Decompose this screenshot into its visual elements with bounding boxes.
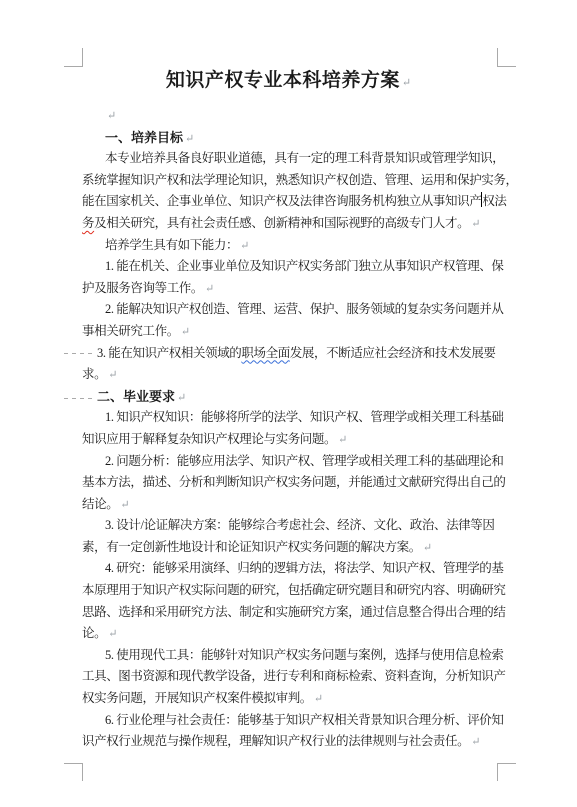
text-segment: 6. 行业伦理与社会责任：能够基于知识产权相关背景知识合理分析、评价知	[105, 713, 504, 727]
paragraph-mark: ↵	[106, 369, 117, 381]
text-line[interactable]: 二、毕业要求↵	[0, 386, 577, 408]
text-line[interactable]: 3. 设计/论证解决方案：能够综合考虑社会、经济、文化、政治、法律等因	[0, 515, 577, 537]
document-title-text: 知识产权专业本科培养方案	[166, 70, 400, 91]
text-segment: 1. 能在机关、企业事业单位及知识产权实务部门独立从事知识产权管理、保	[105, 259, 504, 273]
margin-crop-mark-bottom-right	[497, 763, 516, 781]
text-line[interactable]: 3. 能在知识产权相关领域的职场全面发展，不断适应社会经济和技术发展要	[0, 343, 577, 365]
document-page[interactable]: 知识产权专业本科培养方案↵ ↵一、培养目标↵本专业培养具备良好职业道德，具有一定…	[0, 0, 577, 807]
margin-crop-mark-top-right	[497, 48, 516, 67]
text-segment: 素，有一定创新性地设计和论证知识产权实务问题的解决方案。	[82, 540, 421, 554]
text-line[interactable]: 本专业培养具备良好职业道德，具有一定的理工科背景知识或管理学知识，	[0, 148, 577, 170]
space-formatting-marks	[64, 387, 97, 409]
text-line[interactable]: 结论。↵	[0, 494, 577, 516]
paragraph-mark: ↵	[400, 77, 411, 89]
text-segment: 论。	[82, 626, 106, 640]
text-segment: 1. 知识产权知识：能够将所学的法学、知识产权、管理学或相关理工科基础	[105, 410, 504, 424]
text-segment: 5. 使用现代工具：能够针对知识产权实务问题与案例，选择与使用信息检索	[105, 648, 504, 662]
text-segment: 权实务问题，开展知识产权案件模拟审判。	[82, 691, 312, 705]
paragraph-mark: ↵	[238, 240, 249, 252]
space-formatting-marks	[64, 343, 97, 365]
text-line[interactable]: 系统掌握知识产权和法学理论知识，熟悉知识产权创造、管理、运用和保护实务，	[0, 170, 577, 192]
text-segment: 基本方法，描述、分析和判断知识产权实务问题，并能通过文献研究得出自己的	[82, 475, 506, 489]
text-line[interactable]: 论。↵	[0, 623, 577, 645]
text-segment: 发展，不断适应社会经济和技术发展要	[290, 346, 496, 360]
spelling-error-text: 务	[82, 216, 94, 230]
text-segment: 及相关研究，具有社会责任感、创新精神和国际视野的高级专门人才。	[94, 216, 469, 230]
margin-crop-mark-top-left	[64, 48, 83, 67]
text-segment: 护及服务咨询等工作。	[82, 281, 203, 295]
text-line[interactable]: 护及服务咨询等工作。↵	[0, 278, 577, 300]
text-segment: 事相关研究工作。	[82, 324, 179, 338]
text-line[interactable]: 5. 使用现代工具：能够针对知识产权实务问题与案例，选择与使用信息检索	[0, 645, 577, 667]
text-segment: 3. 能在知识产权相关领域的	[97, 346, 241, 360]
paragraph-mark: ↵	[175, 392, 186, 404]
text-line[interactable]: 一、培养目标↵	[0, 127, 577, 149]
text-segment: 2. 能解决知识产权创造、管理、运营、保护、服务领域的复杂实务问题并从	[105, 302, 504, 316]
text-line[interactable]: 1. 知识产权知识：能够将所学的法学、知识产权、管理学或相关理工科基础	[0, 407, 577, 429]
text-line[interactable]: 本原理用于知识产权实际问题的研究，包括确定研究题目和研究内容、明确研究	[0, 580, 577, 602]
text-line[interactable]: 知识应用于解释复杂知识产权理论与实务问题。↵	[0, 429, 577, 451]
paragraph-mark: ↵	[469, 218, 480, 230]
text-line[interactable]: 1. 能在机关、企业事业单位及知识产权实务部门独立从事知识产权管理、保	[0, 256, 577, 278]
text-segment: 结论。	[82, 497, 118, 511]
text-line[interactable]: 2. 能解决知识产权创造、管理、运营、保护、服务领域的复杂实务问题并从	[0, 299, 577, 321]
paragraph-mark: ↵	[179, 326, 190, 338]
text-line[interactable]: 能在国家机关、企事业单位、知识产权及法律咨询服务机构独立从事知识产权法	[0, 191, 577, 213]
text-line[interactable]: 素，有一定创新性地设计和论证知识产权实务问题的解决方案。↵	[0, 537, 577, 559]
text-segment: 思路、选择和采用研究方法、制定和实施研究方案，通过信息整合得出合理的结	[82, 605, 506, 619]
paragraph-mark: ↵	[203, 283, 214, 295]
text-segment: 系统掌握知识产权和法学理论知识，熟悉知识产权创造、管理、运用和保护实务，	[82, 173, 518, 187]
text-segment: 3. 设计/论证解决方案：能够综合考虑社会、经济、文化、政治、法律等因	[105, 518, 494, 532]
document-title[interactable]: 知识产权专业本科培养方案↵	[0, 66, 577, 98]
text-segment: 2. 问题分析：能够应用法学、知识产权、管理学或相关理工科的基础理论和	[105, 454, 504, 468]
text-line[interactable]: 2. 问题分析：能够应用法学、知识产权、管理学或相关理工科的基础理论和	[0, 451, 577, 473]
text-segment: 4. 研究：能够采用演绎、归纳的逻辑方法，将法学、知识产权、管理学的基	[105, 561, 504, 575]
text-segment: 识产权行业规范与操作规程，理解知识产权行业的法律规则与社会责任。	[82, 734, 469, 748]
paragraph-mark: ↵	[105, 110, 116, 122]
text-segment: 一、培养目标	[105, 130, 183, 145]
paragraph-mark: ↵	[183, 133, 194, 145]
paragraph-mark: ↵	[421, 542, 432, 554]
text-segment: 本原理用于知识产权实际问题的研究，包括确定研究题目和研究内容、明确研究	[82, 583, 506, 597]
paragraph-mark: ↵	[336, 434, 347, 446]
paragraph-mark: ↵	[118, 499, 129, 511]
text-segment: 二、毕业要求	[97, 389, 175, 404]
text-line[interactable]: 思路、选择和采用研究方法、制定和实施研究方案，通过信息整合得出合理的结	[0, 602, 577, 624]
text-line[interactable]: 4. 研究：能够采用演绎、归纳的逻辑方法，将法学、知识产权、管理学的基	[0, 558, 577, 580]
text-line[interactable]: 培养学生具有如下能力：↵	[0, 235, 577, 257]
text-line[interactable]: 权实务问题，开展知识产权案件模拟审判。↵	[0, 688, 577, 710]
document-body[interactable]: ↵一、培养目标↵本专业培养具备良好职业道德，具有一定的理工科背景知识或管理学知识…	[0, 105, 577, 753]
paragraph-mark: ↵	[312, 693, 323, 705]
text-segment: 求。	[82, 367, 106, 381]
text-segment: 培养学生具有如下能力：	[105, 238, 238, 252]
text-line[interactable]: 基本方法，描述、分析和判断知识产权实务问题，并能通过文献研究得出自己的	[0, 472, 577, 494]
text-line[interactable]: 识产权行业规范与操作规程，理解知识产权行业的法律规则与社会责任。↵	[0, 731, 577, 753]
text-line[interactable]: ↵	[0, 105, 577, 127]
text-segment: 权法	[482, 194, 506, 208]
margin-crop-mark-bottom-left	[64, 763, 83, 781]
text-line[interactable]: 事相关研究工作。↵	[0, 321, 577, 343]
text-line[interactable]: 务及相关研究，具有社会责任感、创新精神和国际视野的高级专门人才。↵	[0, 213, 577, 235]
paragraph-mark: ↵	[106, 628, 117, 640]
text-segment: 工具、图书资源和现代教学设备，进行专利和商标检索、资料查询，分析知识产	[82, 669, 506, 683]
grammar-error-text: 职场全面	[241, 346, 289, 360]
text-segment: 本专业培养具备良好职业道德，具有一定的理工科背景知识或管理学知识，	[105, 151, 504, 165]
text-segment: 知识应用于解释复杂知识产权理论与实务问题。	[82, 432, 336, 446]
text-segment: 能在国家机关、企事业单位、知识产权及法律咨询服务机构独立从事知识产	[82, 194, 481, 208]
text-line[interactable]: 6. 行业伦理与社会责任：能够基于知识产权相关背景知识合理分析、评价知	[0, 710, 577, 732]
text-line[interactable]: 工具、图书资源和现代教学设备，进行专利和商标检索、资料查询，分析知识产	[0, 666, 577, 688]
text-line[interactable]: 求。↵	[0, 364, 577, 386]
paragraph-mark: ↵	[469, 736, 480, 748]
